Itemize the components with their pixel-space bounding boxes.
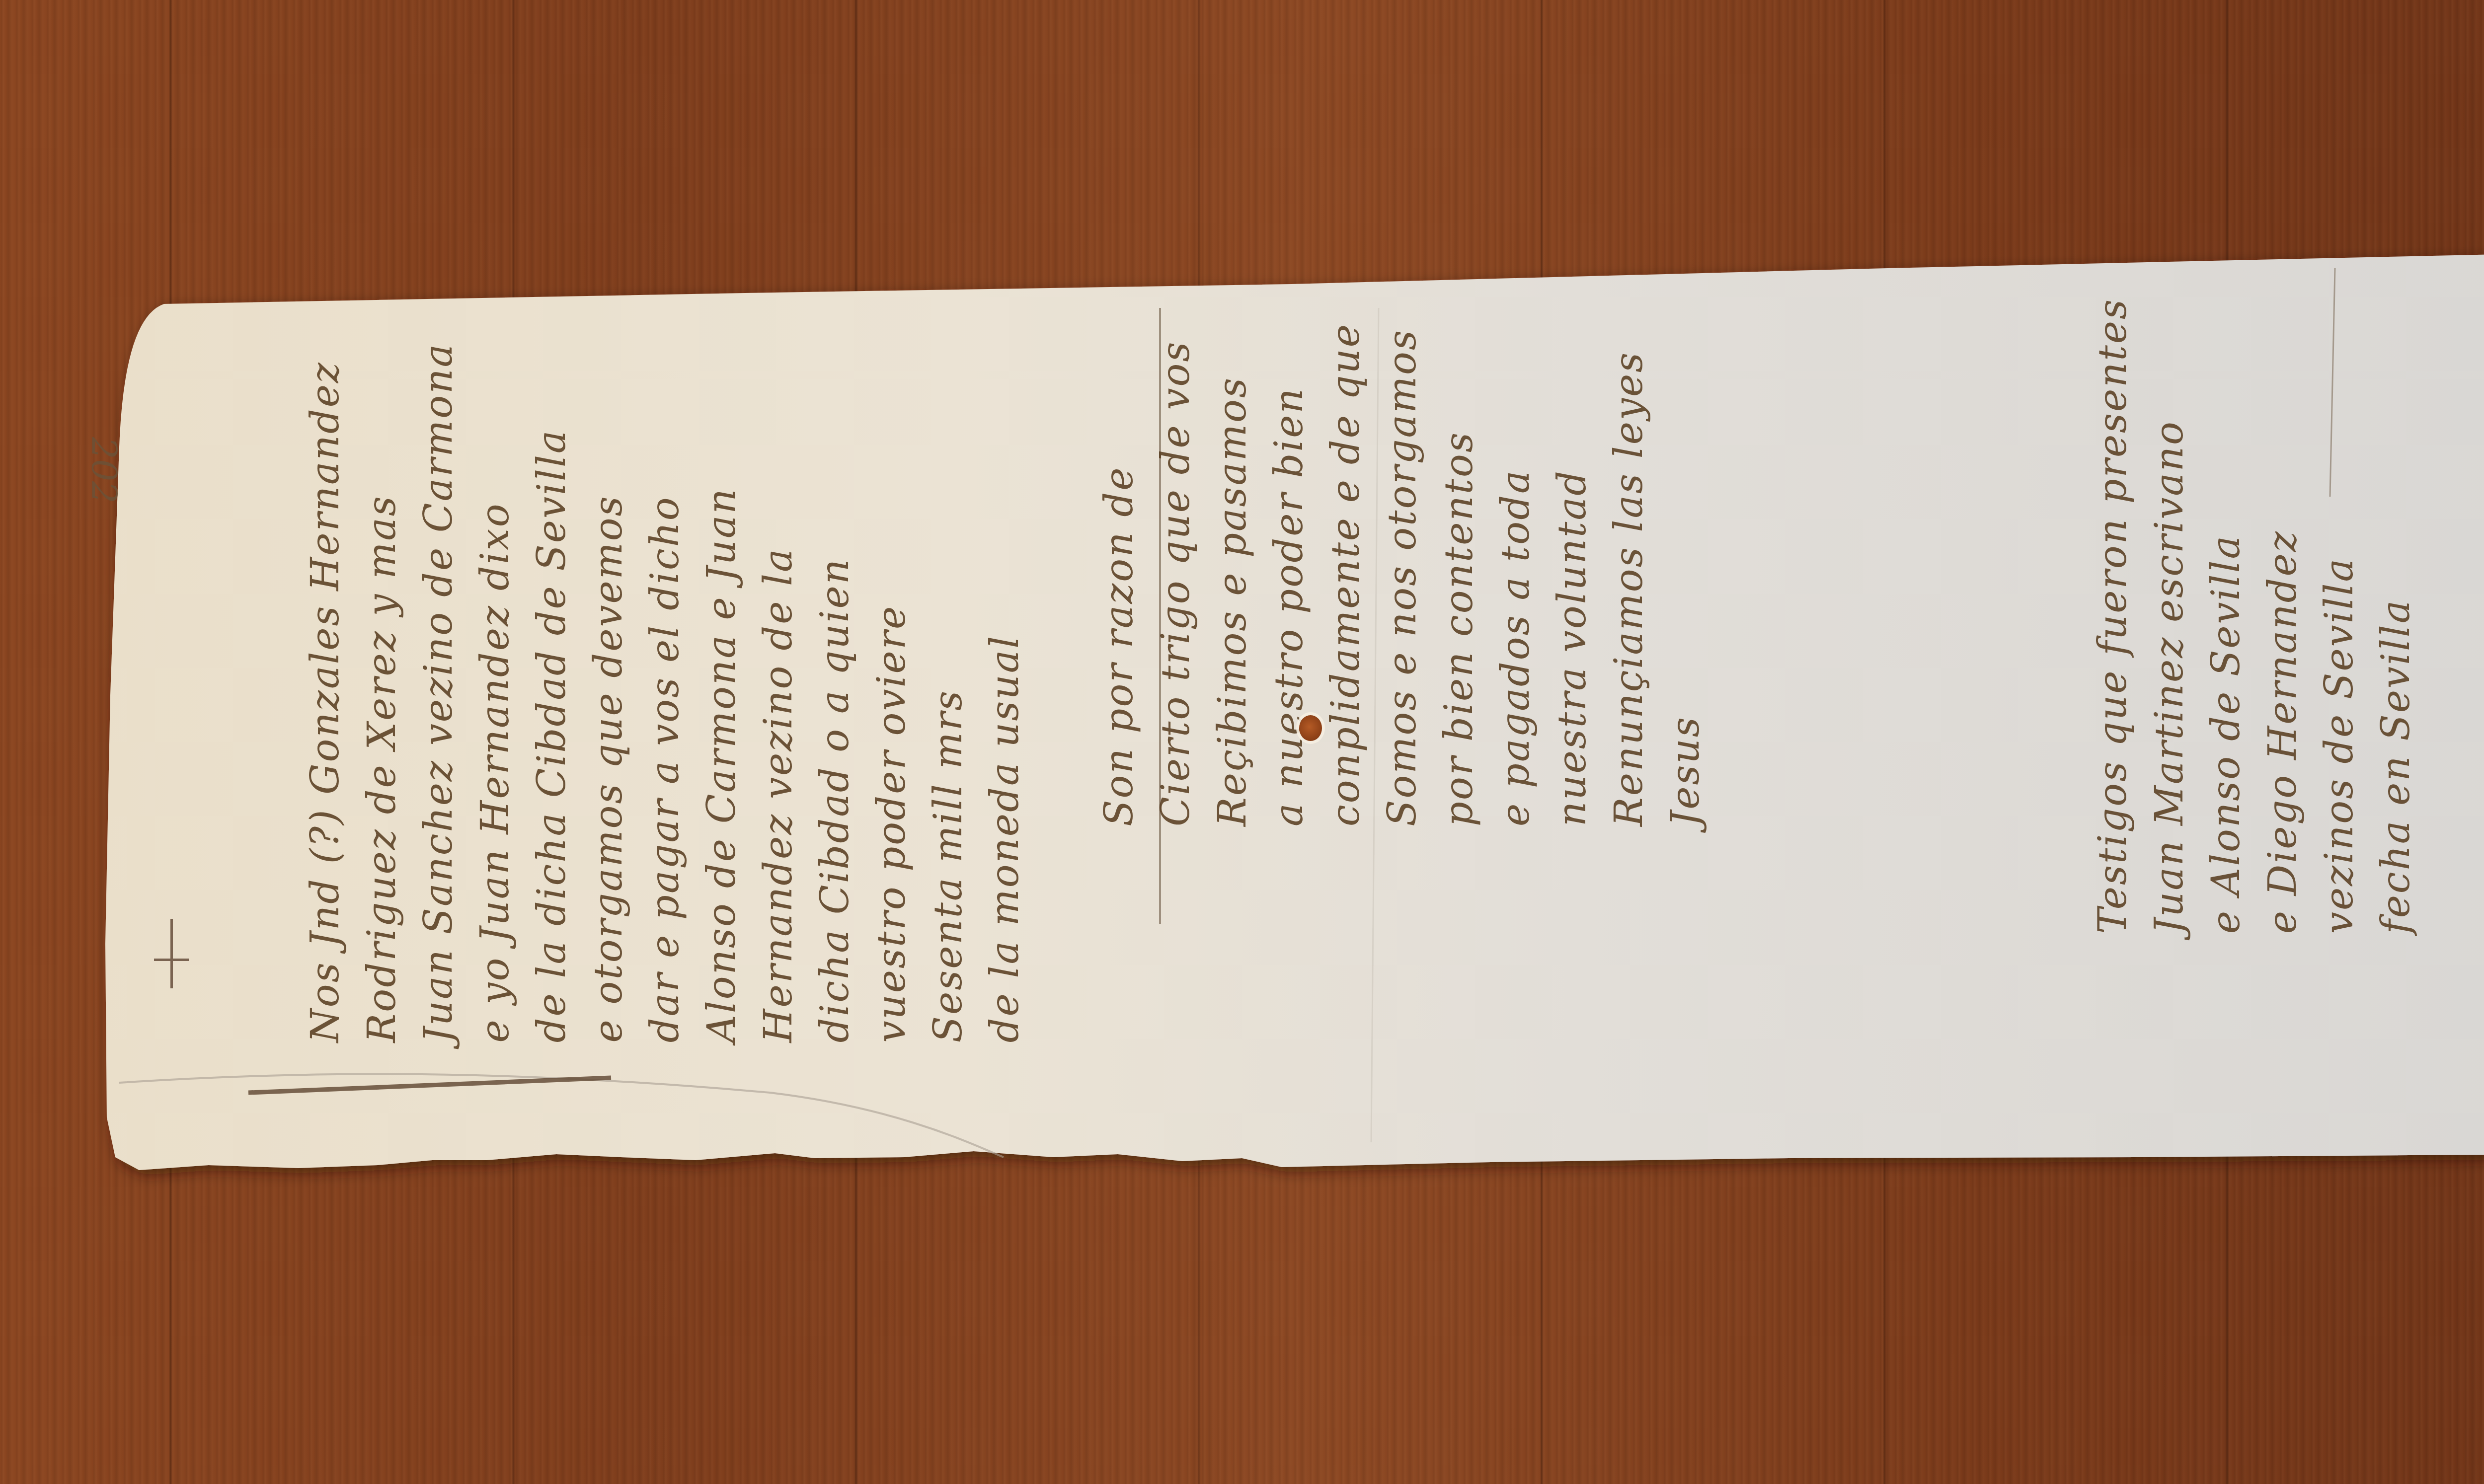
manuscript-line: de la moneda usual <box>977 343 1033 1042</box>
manuscript-line: Jesus <box>1657 323 1714 826</box>
manuscript-line: e Alonso de Sevilla <box>2198 298 2254 934</box>
manuscript-line: Son por razon de <box>1091 323 1148 826</box>
folio-number: 202 <box>83 437 124 504</box>
manuscript-line: a nuestro poder bien <box>1261 323 1318 826</box>
manuscript-line: Somos e nos otorgamos <box>1374 323 1431 826</box>
manuscript-line: Cierto trigo que de vos <box>1148 323 1204 826</box>
manuscript-line: de la dicha Cibdad de Sevilla <box>524 343 580 1042</box>
middle-text-block: Jesus Renunçiamos las leyes nuestra volu… <box>1091 323 1714 826</box>
manuscript-line: nuestra voluntad <box>1544 323 1601 826</box>
manuscript-line: Juan Martinez escrivano <box>2141 298 2198 934</box>
manuscript-line: vezinos de Sevilla <box>2311 298 2368 934</box>
manuscript-line: por bien contentos <box>1431 323 1487 826</box>
manuscript-line: Testigos que fueron presentes <box>2085 298 2141 934</box>
manuscript-line: Sesenta mill mrs <box>920 343 977 1042</box>
manuscript-line: Juan Sanchez vezino de Carmona <box>410 343 467 1042</box>
photo-scene: 202 de la moneda usual Sesenta mill mrs … <box>0 0 2484 1484</box>
manuscript-line: fecha en Sevilla <box>2368 298 2424 934</box>
manuscript-line: Reçibimos e pasamos <box>1204 323 1261 826</box>
manuscript-line: e Diego Hernandez <box>2254 298 2311 934</box>
manuscript-line: Rodriguez de Xerez y mas <box>354 343 410 1042</box>
cross-mark-icon <box>154 919 189 988</box>
manuscript-line: Renunçiamos las leyes <box>1601 323 1657 826</box>
right-text-block: fecha en Sevilla vezinos de Sevilla e Di… <box>2085 298 2424 934</box>
left-text-block: de la moneda usual Sesenta mill mrs vues… <box>297 343 1033 1042</box>
manuscript-line: dicha Cibdad o a quien <box>807 343 863 1042</box>
manuscript-line: conplidamente e de que <box>1318 323 1374 826</box>
manuscript-line: Alonso de Carmona e Juan <box>694 343 750 1042</box>
manuscript-line: e otorgamos que devemos <box>580 343 637 1042</box>
manuscript-line: e yo Juan Hernandez dixo <box>467 343 524 1042</box>
paper-hole <box>1299 715 1322 741</box>
manuscript-line: vuestro poder oviere <box>863 343 920 1042</box>
manuscript-line: Nos Jnd (?) Gonzales Hernandez <box>297 343 354 1042</box>
manuscript-line: Hernandez vezino de la <box>750 343 807 1042</box>
manuscript-line: e pagados a toda <box>1487 323 1544 826</box>
manuscript-line: dar e pagar a vos el dicho <box>637 343 694 1042</box>
